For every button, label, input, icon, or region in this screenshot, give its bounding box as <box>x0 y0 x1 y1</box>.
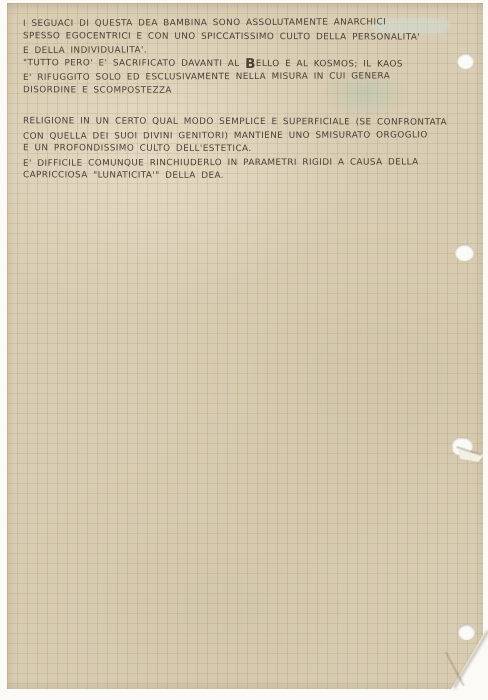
scanned-page: I SEGUACI DI QUESTA DEA BAMBINA SONO ASS… <box>0 0 488 700</box>
text-line: E UN PROFONDISSIMO CULTO DELL'ESTETICA. <box>23 142 468 157</box>
handwritten-paragraph-2: RELIGIONE IN UN CERTO QUAL MODO SEMPLICE… <box>23 116 468 184</box>
text-segment: ELLO E AL KOSMOS; IL KAOS <box>256 59 403 70</box>
text-line: DISORDINE E SCOMPOSTEZZA <box>23 84 468 99</box>
graph-paper-sheet <box>7 3 483 689</box>
text-line: RELIGIONE IN UN CERTO QUAL MODO SEMPLICE… <box>23 115 468 130</box>
text-line: I SEGUACI DI QUESTA DEA BAMBINA SONO ASS… <box>23 16 468 31</box>
text-line: E' RIFUGGITO SOLO ED ESCLUSIVAMENTE NELL… <box>23 70 468 85</box>
text-segment: "TUTTO PERO' E' SACRIFICATO DAVANTI AL <box>23 58 245 69</box>
punch-hole <box>455 244 474 261</box>
handwritten-paragraph-1: I SEGUACI DI QUESTA DEA BAMBINA SONO ASS… <box>23 17 468 98</box>
punch-hole <box>457 53 474 69</box>
punch-hole <box>458 624 475 640</box>
text-line: CAPRICCIOSA "LUNATICITA'" DELLA DEA. <box>23 169 468 184</box>
decorative-capital-b: B <box>245 55 256 71</box>
